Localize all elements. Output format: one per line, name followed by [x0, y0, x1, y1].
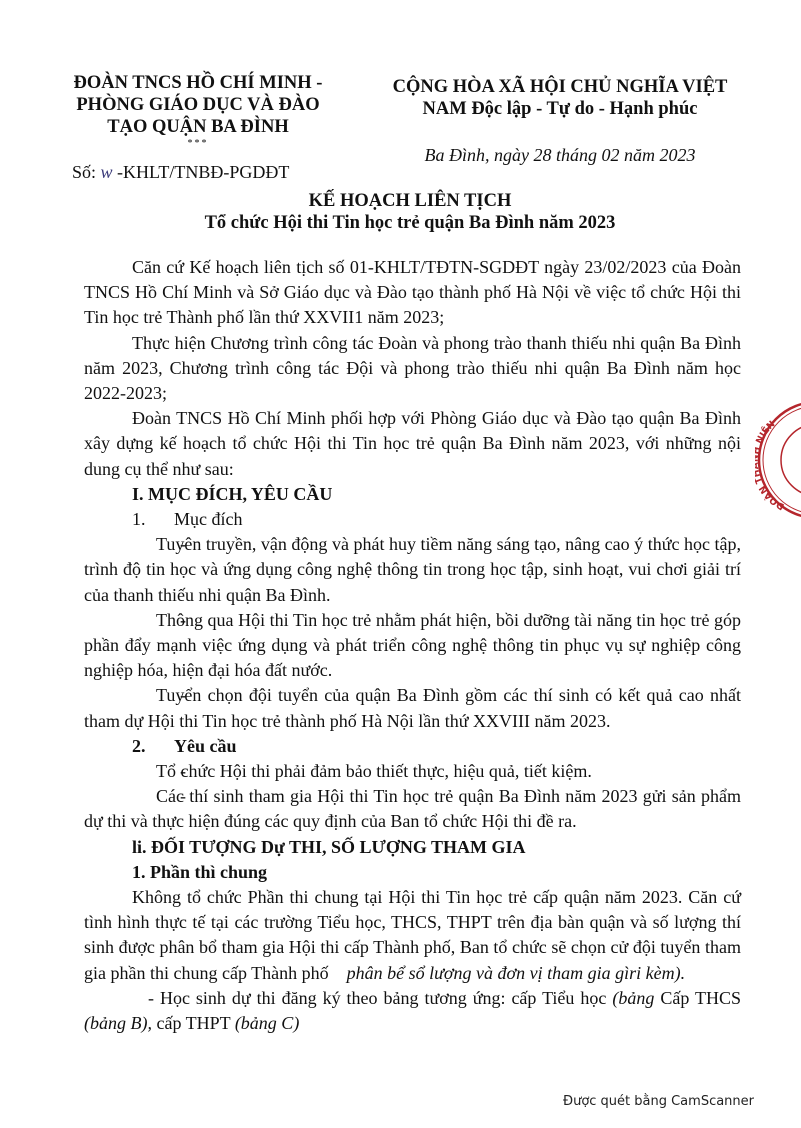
list-item: -Thông qua Hội thi Tin học trẻ nhằm phát…	[84, 608, 741, 684]
official-seal-stamp: ĐOÀN THANH NIÊN	[755, 395, 801, 525]
list-item: -Tuyển chọn đội tuyển của quận Ba Đình g…	[84, 683, 741, 733]
scanner-watermark: Được quét bằng CamScanner	[563, 1094, 754, 1109]
subsection-heading: 2.Yêu cầu	[84, 734, 741, 759]
subsection-heading: 1. Phần thì chung	[84, 860, 741, 885]
paragraph: Đoàn TNCS Hồ Chí Minh phối hợp với Phòng…	[84, 406, 741, 482]
section-heading: li. ĐỐI TƯỢNG Dự THI, SỐ LƯỢNG THAM GIA	[84, 835, 741, 860]
document-title: KẾ HOẠCH LIÊN TỊCH Tổ chức Hội thi Tin h…	[80, 190, 740, 234]
issuing-org-header: ĐOÀN TNCS HỒ CHÍ MINH - PHÒNG GIÁO DỤC V…	[62, 72, 334, 150]
document-number: Số: w -KHLT/TNBĐ-PGDĐT	[72, 162, 289, 183]
document-body: Căn cứ Kế hoạch liên tịch số 01-KHLT/TĐT…	[84, 255, 741, 1036]
org-line-2: PHÒNG GIÁO DỤC VÀ ĐÀO	[62, 94, 334, 116]
national-line-2: NAM Độc lập - Tự do - Hạnh phúc	[380, 98, 740, 120]
org-line-1: ĐOÀN TNCS HỒ CHÍ MINH -	[62, 72, 334, 94]
document-date: Ba Đình, ngày 28 tháng 02 năm 2023	[380, 145, 740, 166]
subsection-heading: 1.Mục đích	[84, 507, 741, 532]
paragraph: Thực hiện Chương trình công tác Đoàn và …	[84, 331, 741, 407]
document-number-value: w	[101, 162, 113, 182]
list-item: -Tuyên truyền, vận động và phát huy tiềm…	[84, 532, 741, 608]
list-item: -Các thí sinh tham gia Hội thi Tin học t…	[84, 784, 741, 834]
paragraph: Căn cứ Kế hoạch liên tịch số 01-KHLT/TĐT…	[84, 255, 741, 331]
title-main: KẾ HOẠCH LIÊN TỊCH	[80, 190, 740, 212]
list-item: -Tổ chức Hội thi phải đảm bảo thiết thực…	[84, 759, 741, 784]
separator-stars: ***	[62, 138, 334, 150]
national-line-1: CỘNG HÒA XÃ HỘI CHỦ NGHĨA VIỆT	[380, 76, 740, 98]
paragraph: - Học sinh dự thi đăng ký theo bảng tươn…	[84, 986, 741, 1036]
paragraph: Không tổ chức Phần thi chung tại Hội thi…	[84, 885, 741, 986]
org-line-3: TẠO QUẬN BA ĐÌNH	[62, 116, 334, 138]
national-header: CỘNG HÒA XÃ HỘI CHỦ NGHĨA VIỆT NAM Độc l…	[380, 76, 740, 120]
title-sub: Tổ chức Hội thi Tin học trẻ quận Ba Đình…	[80, 212, 740, 234]
section-heading: I. MỤC ĐÍCH, YÊU CẦU	[84, 482, 741, 507]
